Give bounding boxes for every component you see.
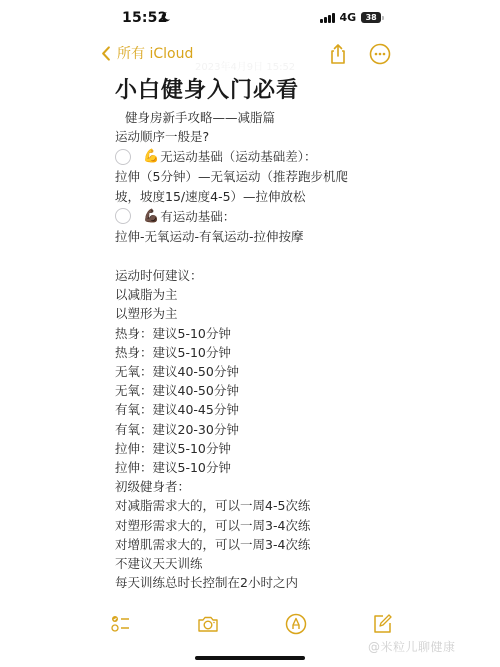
- note-date: 2023年4月9日 15:52: [195, 58, 295, 73]
- network-type: 4G: [340, 11, 357, 24]
- section-heading: 运动时何建议：: [115, 266, 415, 285]
- checklist-label: 有运动基础：: [160, 207, 235, 226]
- note-line: 不建议天天训练: [115, 554, 415, 573]
- checklist-item: 💪 无运动基础（运动基础差）：: [115, 146, 415, 167]
- moon-icon: [160, 11, 171, 23]
- status-bar: 15:52 4G 38: [0, 0, 500, 34]
- note-line: 对增肌需求大的，可以一周3-4次练: [115, 535, 415, 554]
- checkbox[interactable]: [115, 149, 131, 165]
- note-intro: 运动顺序一般是?: [115, 127, 415, 146]
- share-icon[interactable]: [326, 42, 350, 66]
- back-button[interactable]: 所有 iCloud: [101, 43, 193, 63]
- section-heading: 初级健身者：: [115, 477, 415, 496]
- note-line: 有氧：建议40-45分钟: [115, 400, 415, 419]
- checklist-detail: 拉伸（5分钟）—无氧运动（推荐跑步机爬: [115, 167, 415, 186]
- flexed-biceps-dark-icon: 💪🏿: [143, 209, 159, 224]
- compose-icon[interactable]: [370, 612, 394, 636]
- note-line: 对减脂需求大的，可以一周4-5次练: [115, 496, 415, 515]
- chevron-left-icon: [101, 46, 111, 61]
- back-label: 所有 iCloud: [117, 43, 193, 63]
- note-line: 无氧：建议40-50分钟: [115, 381, 415, 400]
- status-indicators: 4G 38: [320, 11, 381, 24]
- note-line: 有氧：建议20-30分钟: [115, 420, 415, 439]
- nav-bar: 所有 iCloud 2023年4月9日 15:52: [0, 38, 500, 72]
- checkbox[interactable]: [115, 208, 131, 224]
- note-line: 以塑形为主: [115, 304, 415, 323]
- note-line: 拉伸：建议5-10分钟: [115, 439, 415, 458]
- home-indicator[interactable]: [195, 656, 305, 660]
- note-line: 无氧：建议40-50分钟: [115, 362, 415, 381]
- checklist-label: 无运动基础（运动基础差）：: [160, 147, 316, 166]
- note-title: 小白健身入门必看: [115, 76, 415, 106]
- blank-line: [115, 246, 415, 266]
- watermark: @米粒儿聊健康: [368, 638, 456, 655]
- bottom-toolbar: [0, 610, 500, 640]
- cellular-signal-icon: [320, 13, 335, 23]
- ellipsis-circle-icon[interactable]: [368, 42, 392, 66]
- flexed-biceps-icon: 💪: [143, 149, 159, 164]
- checklist-item: 💪🏿 有运动基础：: [115, 206, 415, 227]
- checklist-detail: 坡，坡度15/速度4-5）—拉伸放松: [115, 187, 415, 206]
- markup-icon[interactable]: [284, 612, 308, 636]
- note-body[interactable]: 小白健身入门必看 健身房新手攻略——减脂篇 运动顺序一般是? 💪 无运动基础（运…: [115, 76, 415, 592]
- checklist-detail: 拉伸-无氧运动-有氧运动-拉伸按摩: [115, 227, 415, 246]
- note-line: 每天训练总时长控制在2小时之内: [115, 573, 415, 592]
- note-line: 热身：建议5-10分钟: [115, 324, 415, 343]
- camera-icon[interactable]: [196, 612, 220, 636]
- note-line: 以减脂为主: [115, 285, 415, 304]
- note-line: 对塑形需求大的，可以一周3-4次练: [115, 516, 415, 535]
- note-line: 热身：建议5-10分钟: [115, 343, 415, 362]
- battery-icon: 38: [361, 12, 381, 23]
- checklist-icon[interactable]: [110, 612, 134, 636]
- note-subtitle: 健身房新手攻略——减脂篇: [115, 108, 415, 127]
- note-line: 拉伸：建议5-10分钟: [115, 458, 415, 477]
